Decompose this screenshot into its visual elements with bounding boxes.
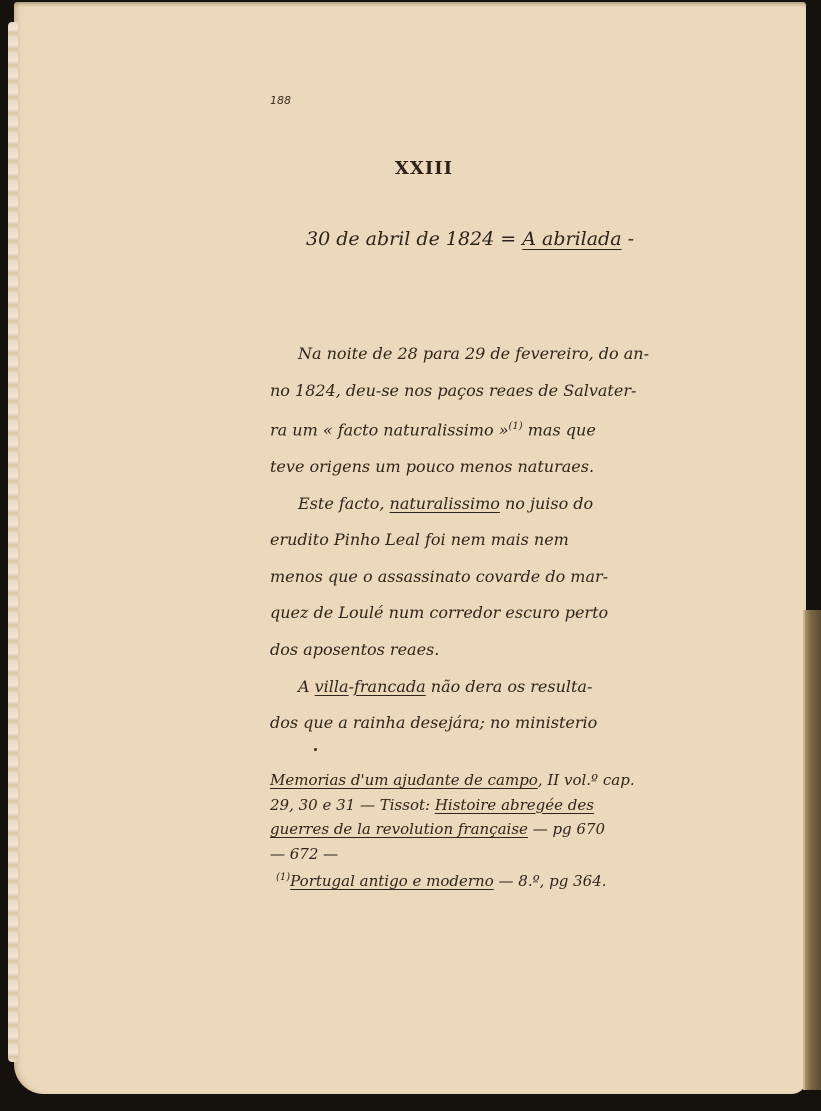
- underlined-word: naturalissimo: [390, 494, 500, 513]
- text-line: dos aposentos reaes.: [270, 632, 730, 669]
- text-span: ra um « facto naturalissimo »: [270, 421, 509, 440]
- footnote-line: Memorias d'um ajudante de campo, II vol.…: [270, 768, 730, 793]
- underlined-word: villa: [315, 677, 349, 696]
- chapter-date: 30 de abril de 1824 =: [306, 228, 516, 250]
- text-line: ra um « facto naturalissimo »(1) mas que: [270, 409, 730, 449]
- page-number: 188: [270, 94, 291, 107]
- text-line: quez de Loulé num corredor escuro perto: [270, 595, 730, 632]
- manuscript-page: 188 XXIII 30 de abril de 1824 = A abrila…: [14, 2, 806, 1094]
- footnote-line: — 672 —: [270, 842, 730, 867]
- text-line: Na noite de 28 para 29 de fevereiro, do …: [270, 336, 730, 373]
- chapter-title-dash: -: [622, 228, 634, 250]
- footnote-line: guerres de la revolution française — pg …: [270, 817, 730, 842]
- text-span: Este facto,: [298, 494, 390, 513]
- underlined-title: Memorias d'um ajudante de campo: [270, 771, 538, 789]
- body-text: Na noite de 28 para 29 de fevereiro, do …: [270, 336, 730, 742]
- text-span: mas que: [523, 421, 596, 440]
- text-span: 29, 30 e 31 — Tissot:: [270, 796, 435, 814]
- text-line: menos que o assassinato covarde do mar-: [270, 559, 730, 596]
- scanned-document: 188 XXIII 30 de abril de 1824 = A abrila…: [0, 0, 821, 1111]
- footnote-line: 29, 30 e 31 — Tissot: Histoire abregée d…: [270, 793, 730, 818]
- text-span: , II vol.º cap.: [538, 771, 635, 789]
- book-binding-edge: [803, 610, 821, 1090]
- underlined-title: Histoire abregée des: [435, 796, 594, 814]
- underlined-title: guerres de la revolution française: [270, 820, 528, 838]
- text-line: teve origens um pouco menos naturaes.: [270, 449, 730, 486]
- text-line: erudito Pinho Leal foi nem mais nem: [270, 522, 730, 559]
- text-line: dos que a rainha desejára; no ministerio: [270, 705, 730, 742]
- text-span: não dera os resulta-: [426, 677, 593, 696]
- underlined-word: francada: [354, 677, 426, 696]
- text-line: Este facto, naturalissimo no juiso do: [270, 486, 730, 523]
- text-span: — pg 670: [528, 820, 605, 838]
- text-line: no 1824, deu-se nos paços reaes de Salva…: [270, 373, 730, 410]
- footnote-marker: (1): [276, 872, 290, 883]
- text-span: no juiso do: [500, 494, 593, 513]
- text-span: A: [298, 677, 315, 696]
- footnote-1: (1)Portugal antigo e moderno — 8.º, pg 3…: [270, 866, 730, 894]
- text-span: — 8.º, pg 364.: [494, 872, 607, 890]
- footnotes: Memorias d'um ajudante de campo, II vol.…: [270, 768, 730, 894]
- ink-mark: [314, 748, 317, 751]
- text-line: A villa-francada não dera os resulta-: [270, 669, 730, 706]
- footnote-marker: (1): [509, 421, 523, 432]
- chapter-number: XXIII: [14, 158, 806, 179]
- chapter-heading: A abrilada: [522, 228, 621, 250]
- underlined-title: Portugal antigo e moderno: [290, 872, 494, 890]
- chapter-title: 30 de abril de 1824 = A abrilada -: [306, 228, 634, 250]
